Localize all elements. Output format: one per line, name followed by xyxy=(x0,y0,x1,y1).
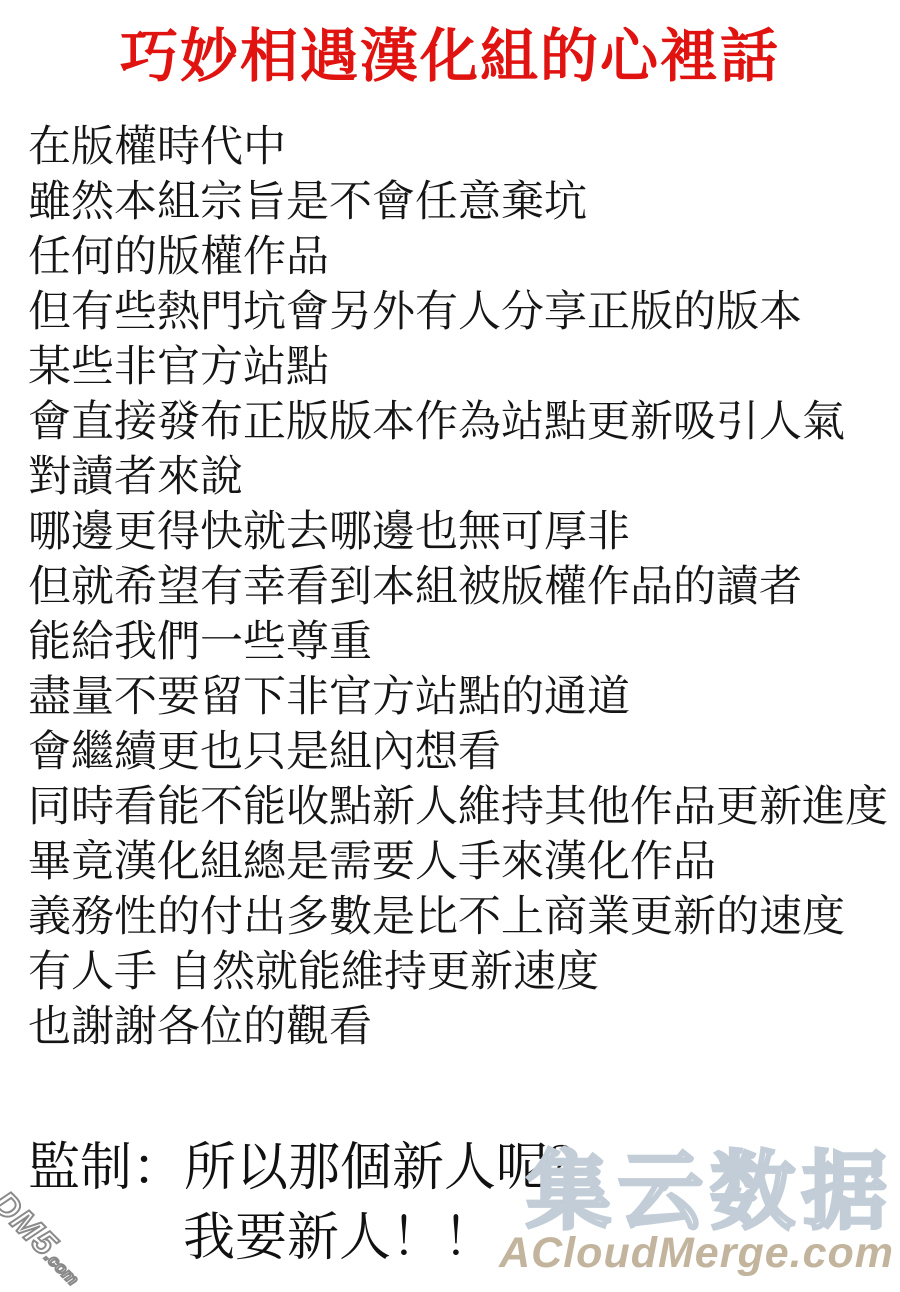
body-line: 對讀者來說 xyxy=(28,450,900,505)
body-line: 義務性的付出多數是比不上商業更新的速度 xyxy=(28,890,900,945)
body-line: 雖然本組宗旨是不會任意棄坑 xyxy=(28,175,900,230)
body-line: 同時看能不能收點新人維持其他作品更新進度 xyxy=(28,780,900,835)
body-line: 在版權時代中 xyxy=(28,120,900,175)
manga-credits-page: 巧妙相遇漢化組的心裡話 在版權時代中 雖然本組宗旨是不會任意棄坑 任何的版權作品… xyxy=(0,0,900,1292)
body-line: 能給我們一些尊重 xyxy=(28,615,900,670)
body-line: 也謝謝各位的觀看 xyxy=(28,1000,900,1055)
body-text-block: 在版權時代中 雖然本組宗旨是不會任意棄坑 任何的版權作品 但有些熱門坑會另外有人… xyxy=(28,120,900,1055)
body-line: 但就希望有幸看到本組被版權作品的讀者 xyxy=(28,560,900,615)
body-line: 任何的版權作品 xyxy=(28,230,900,285)
body-line: 哪邊更得快就去哪邊也無可厚非 xyxy=(28,505,900,560)
body-line: 畢竟漢化組總是需要人手來漢化作品 xyxy=(28,835,900,890)
body-line: 會繼續更也只是組內想看 xyxy=(28,725,900,780)
footer-demand-line: 我要新人！！ xyxy=(28,1203,900,1273)
body-line: 某些非官方站點 xyxy=(28,340,900,395)
footer-supervisor-line: 監制：所以那個新人呢？ xyxy=(28,1133,900,1203)
body-line: 有人手 自然就能維持更新速度 xyxy=(28,945,900,1000)
body-line: 盡量不要留下非官方站點的通道 xyxy=(28,670,900,725)
body-line: 但有些熱門坑會另外有人分享正版的版本 xyxy=(28,285,900,340)
body-line: 會直接發布正版版本作為站點更新吸引人氣 xyxy=(28,395,900,450)
page-title: 巧妙相遇漢化組的心裡話 xyxy=(0,22,900,92)
footer-note-block: 監制：所以那個新人呢？ 我要新人！！ xyxy=(28,1133,900,1273)
